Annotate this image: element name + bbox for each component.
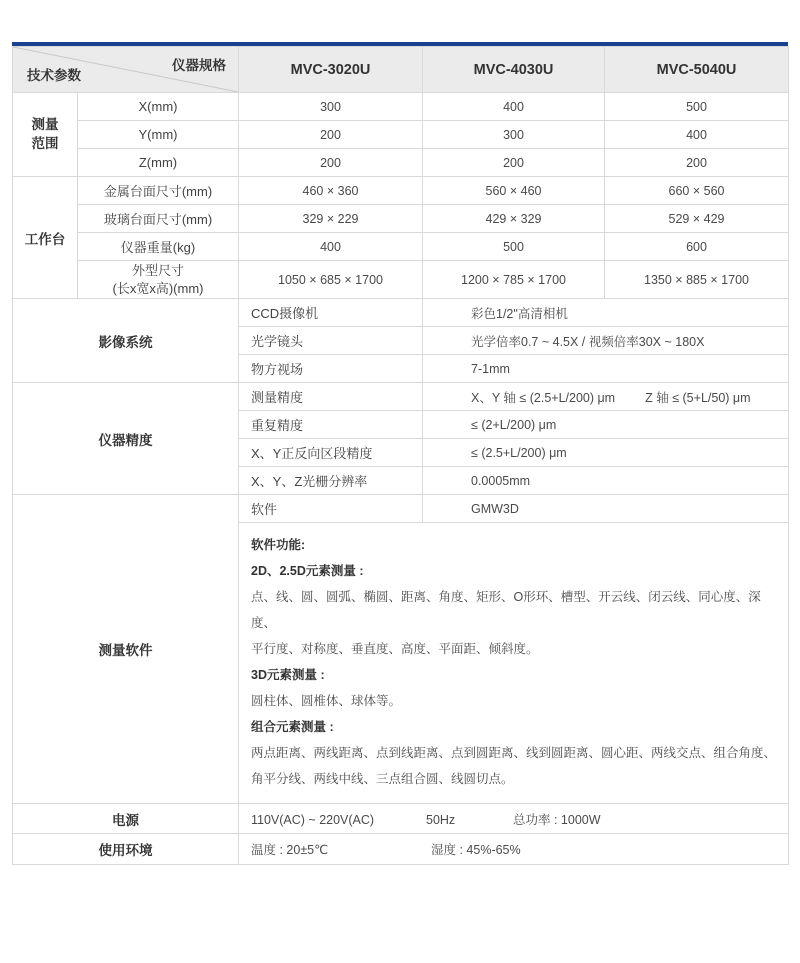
cell-environment-value: 温度 : 20±5℃湿度 : 45%-65% [239,834,789,865]
cell-value: 200 [239,149,423,177]
param-outline-size: 外型尺寸 (长x宽x高)(mm) [78,261,239,299]
group-label-accuracy: 仪器精度 [13,383,239,495]
power-voltage: 110V(AC) ~ 220V(AC) [251,813,426,827]
model-header-mvc5040u: MVC-5040U [605,47,789,93]
param-grating-resolution: X、Y、Z光栅分辨率 [239,467,423,495]
row-outline-size: 外型尺寸 (长x宽x高)(mm) 1050 × 685 × 1700 1200 … [13,261,789,299]
param-object-field: 物方视场 [239,355,423,383]
spec-table-wrap: 仪器规格 技术参数 MVC-3020U MVC-4030U MVC-5040U … [12,42,788,865]
cell-value: 300 [423,121,605,149]
group-label-environment: 使用环境 [13,834,239,865]
cell-value: 660 × 560 [605,177,789,205]
group-label-power: 电源 [13,804,239,834]
cell-value: 1350 × 885 × 1700 [605,261,789,299]
param-x: X(mm) [78,93,239,121]
cell-value: 529 × 429 [605,205,789,233]
cell-value: 200 [239,121,423,149]
param-glass-size: 玻璃台面尺寸(mm) [78,205,239,233]
param-optical-lens: 光学镜头 [239,327,423,355]
cell-software-name: GMW3D [423,495,789,523]
list-combined-elements: 两点距离、两线距离、点到线距离、点到圆距离、线到圆距离、圆心距、两线交点、组合角… [251,740,780,792]
cell-value: 200 [605,149,789,177]
group-label-measure-range: 测量 范围 [13,93,78,177]
cell-value: 400 [423,93,605,121]
cell-power-value: 110V(AC) ~ 220V(AC)50Hz总功率 : 1000W [239,804,789,834]
cell-value: 500 [605,93,789,121]
cell-value: 429 × 329 [423,205,605,233]
cell-value: 400 [605,121,789,149]
list-3d-elements: 圆柱体、圆椎体、球体等。 [251,688,780,714]
cell-value: ≤ (2+L/200) μm [423,411,789,439]
cell-value: 329 × 229 [239,205,423,233]
accuracy-z-value: Z 轴 ≤ (5+L/50) μm [645,391,750,405]
cell-value: X、Y 轴 ≤ (2.5+L/200) μmZ 轴 ≤ (5+L/50) μm [423,383,789,411]
cell-value: 光学倍率0.7 ~ 4.5X / 视频倍率30X ~ 180X [423,327,789,355]
row-measure-accuracy: 仪器精度 测量精度 X、Y 轴 ≤ (2.5+L/200) μmZ 轴 ≤ (5… [13,383,789,411]
power-total: 总功率 : 1000W [513,813,601,827]
cell-value: 500 [423,233,605,261]
cell-value: 1200 × 785 × 1700 [423,261,605,299]
param-segment-accuracy: X、Y正反向区段精度 [239,439,423,467]
heading-3d-elements: 3D元素测量 : [251,662,780,688]
param-software: 软件 [239,495,423,523]
power-frequency: 50Hz [426,813,513,827]
param-measure-accuracy: 测量精度 [239,383,423,411]
heading-2d-elements: 2D、2.5D元素测量 : [251,558,780,584]
cell-value: 彩色1/2"高清相机 [423,299,789,327]
group-label-imaging-system: 影像系统 [13,299,239,383]
heading-combined-elements: 组合元素测量 : [251,714,780,740]
model-header-mvc4030u: MVC-4030U [423,47,605,93]
group-label-worktable: 工作台 [13,177,78,299]
spec-table: 仪器规格 技术参数 MVC-3020U MVC-4030U MVC-5040U … [12,46,789,865]
corner-header-cell: 仪器规格 技术参数 [13,47,239,93]
row-metal-table: 工作台 金属台面尺寸(mm) 460 × 360 560 × 460 660 ×… [13,177,789,205]
param-metal-size: 金属台面尺寸(mm) [78,177,239,205]
row-ccd-camera: 影像系统 CCD摄像机 彩色1/2"高清相机 [13,299,789,327]
cell-value: 300 [239,93,423,121]
cell-value: 460 × 360 [239,177,423,205]
corner-label-instrument-spec: 仪器规格 [172,54,226,74]
cell-value: ≤ (2.5+L/200) μm [423,439,789,467]
row-weight: 仪器重量(kg) 400 500 600 [13,233,789,261]
cell-value: 0.0005mm [423,467,789,495]
cell-value: 560 × 460 [423,177,605,205]
param-ccd-camera: CCD摄像机 [239,299,423,327]
corner-label-technical-params: 技术参数 [27,64,81,84]
row-power: 电源 110V(AC) ~ 220V(AC)50Hz总功率 : 1000W [13,804,789,834]
param-repeat-accuracy: 重复精度 [239,411,423,439]
header-row: 仪器规格 技术参数 MVC-3020U MVC-4030U MVC-5040U [13,47,789,93]
software-functions-title: 软件功能: [251,532,780,558]
row-software-name: 测量软件 软件 GMW3D [13,495,789,523]
accuracy-xy-value: X、Y 轴 ≤ (2.5+L/200) μm [471,391,615,405]
group-label-measure-software: 测量软件 [13,495,239,804]
cell-value: 200 [423,149,605,177]
model-header-mvc3020u: MVC-3020U [239,47,423,93]
cell-value: 400 [239,233,423,261]
environment-humidity: 湿度 : 45%-65% [431,843,521,857]
row-environment: 使用环境 温度 : 20±5℃湿度 : 45%-65% [13,834,789,865]
list-2d-elements: 点、线、圆、圆弧、椭圆、距离、角度、矩形、O形环、槽型、开云线、闭云线、同心度、… [251,584,780,662]
row-glass-table: 玻璃台面尺寸(mm) 329 × 229 429 × 329 529 × 429 [13,205,789,233]
param-weight: 仪器重量(kg) [78,233,239,261]
cell-value: 1050 × 685 × 1700 [239,261,423,299]
row-range-x: 测量 范围 X(mm) 300 400 500 [13,93,789,121]
spec-page: 仪器规格 技术参数 MVC-3020U MVC-4030U MVC-5040U … [0,0,800,963]
cell-software-functions: 软件功能: 2D、2.5D元素测量 : 点、线、圆、圆弧、椭圆、距离、角度、矩形… [239,523,789,804]
cell-value: 600 [605,233,789,261]
param-z: Z(mm) [78,149,239,177]
cell-value: 7-1mm [423,355,789,383]
row-range-y: Y(mm) 200 300 400 [13,121,789,149]
param-y: Y(mm) [78,121,239,149]
row-range-z: Z(mm) 200 200 200 [13,149,789,177]
environment-temperature: 温度 : 20±5℃ [251,840,431,858]
